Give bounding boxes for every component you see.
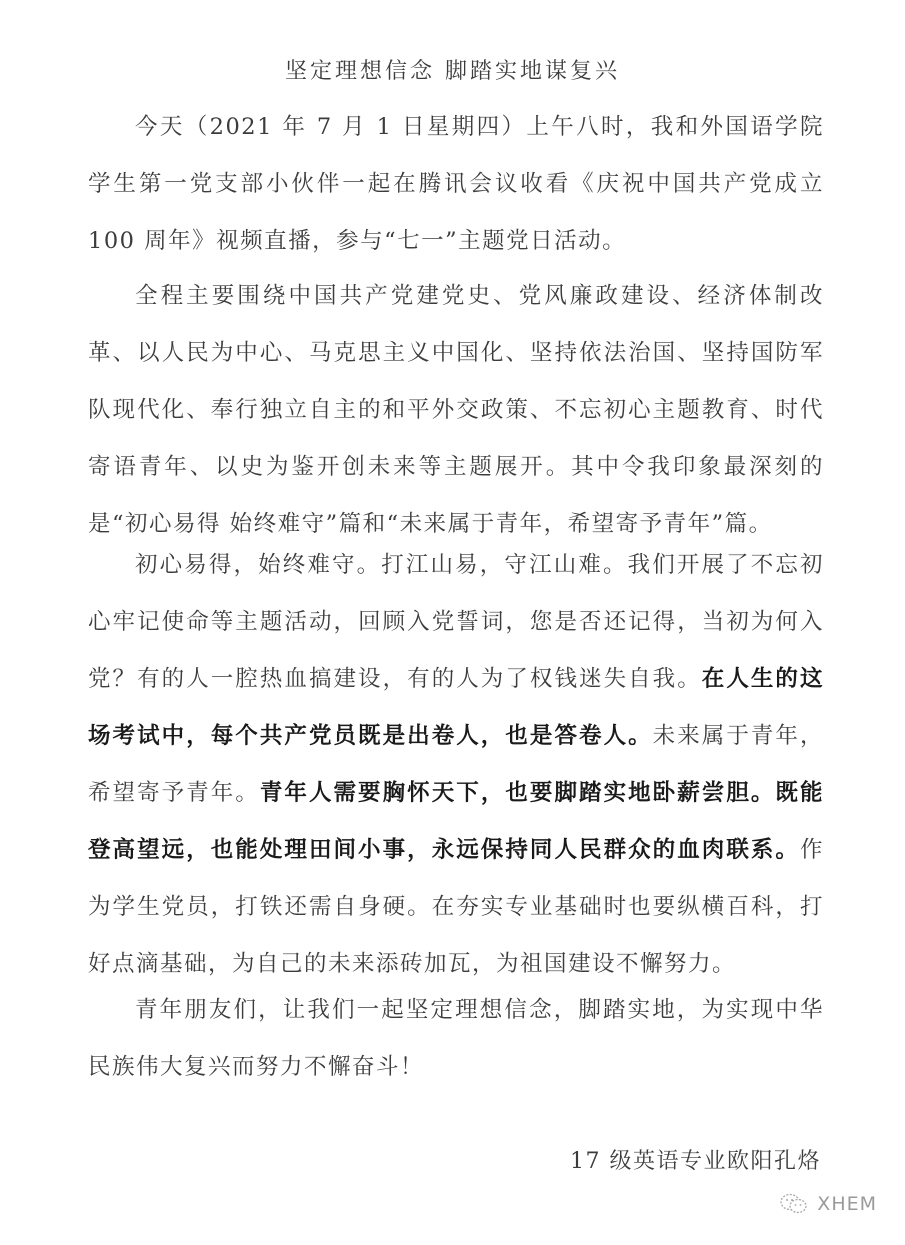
- document-title: 坚定理想信念 脚踏实地谋复兴: [0, 56, 905, 88]
- paragraph-4: 青年朋友们，让我们一起坚定理想信念，脚踏实地，为实现中华民族伟大复兴而努力不懈奋…: [88, 982, 824, 1096]
- watermark-text: XHEM: [817, 1193, 877, 1215]
- wechat-icon: [779, 1192, 809, 1216]
- document-page: 坚定理想信念 脚踏实地谋复兴 今天（2021 年 7 月 1 日星期四）上午八时…: [0, 0, 905, 1245]
- watermark: XHEM: [779, 1192, 877, 1216]
- paragraph-4-text: 青年朋友们，让我们一起坚定理想信念，脚踏实地，为实现中华民族伟大复兴而努力不懈奋…: [88, 997, 824, 1080]
- author-signature: 17 级英语专业欧阳孔烙: [570, 1145, 821, 1179]
- paragraph-1-text: 今天（2021 年 7 月 1 日星期四）上午八时，我和外国语学院学生第一党支部…: [88, 114, 824, 254]
- paragraph-2-text: 全程主要围绕中国共产党建党史、党风廉政建设、经济体制改革、以人民为中心、马克思主…: [88, 283, 824, 537]
- paragraph-1: 今天（2021 年 7 月 1 日星期四）上午八时，我和外国语学院学生第一党支部…: [88, 99, 824, 270]
- paragraph-2: 全程主要围绕中国共产党建党史、党风廉政建设、经济体制改革、以人民为中心、马克思主…: [88, 268, 824, 553]
- paragraph-3: 初心易得，始终难守。打江山易，守江山难。我们开展了不忘初心牢记使命等主题活动，回…: [88, 537, 824, 993]
